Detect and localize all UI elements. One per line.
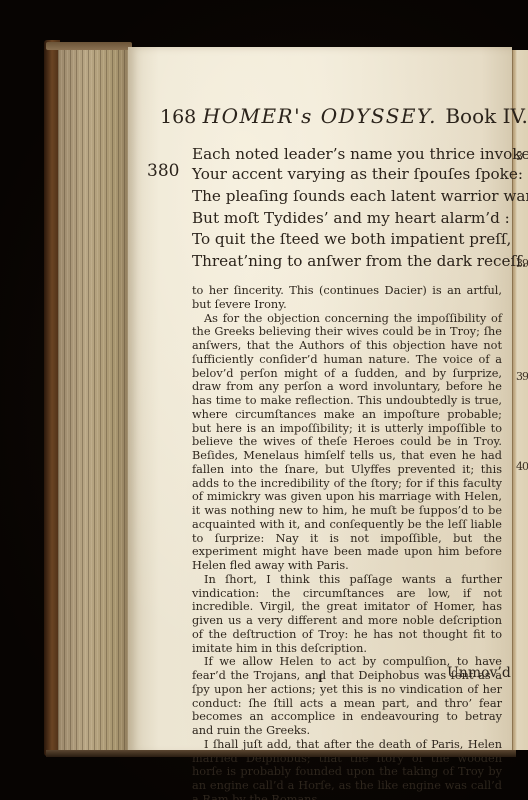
commentary-notes: to her ſincerity. This (continues Dacier… [192, 284, 502, 800]
verse-line: Each noted leader’s name you thrice invo… [192, 145, 528, 163]
signature-mark: I [318, 674, 323, 685]
running-title: HOMER's ODYSSEY. [203, 104, 437, 128]
note-paragraph: As for the objection concerning the impo… [192, 312, 502, 573]
note-paragraph: I ſhall juſt add, that after the death o… [192, 738, 502, 800]
verse-line-number: 380 [147, 161, 179, 181]
note-paragraph: to her ſincerity. This (continues Dacier… [192, 284, 502, 312]
catchword: Unmov’d [447, 665, 511, 681]
book-bottom-edge [46, 750, 516, 757]
page-edges [58, 45, 130, 755]
page-number: 168 [160, 106, 196, 128]
book-top-edge [46, 42, 132, 50]
verse-line: Your accent varying as their ſpouſes ſpo… [192, 165, 523, 183]
facing-line-number: 40 [516, 460, 528, 473]
verse-line: But moſt Tydides’ and my heart alarm’d : [192, 209, 510, 227]
running-header: 168 HOMER's ODYSSEY. Book IV. [160, 104, 512, 128]
facing-line-number: 39 [516, 370, 528, 383]
verse-line: The pleaſing ſounds each latent warrior … [192, 187, 528, 205]
note-paragraph: In ſhort, I think this paſſage wants a f… [192, 573, 502, 656]
verse-line: To quit the ſteed we both impatient preſ… [192, 230, 511, 248]
verse-line: Threat’ning to anſwer from the dark rece… [192, 252, 527, 270]
book-label: Book IV. [445, 104, 527, 128]
